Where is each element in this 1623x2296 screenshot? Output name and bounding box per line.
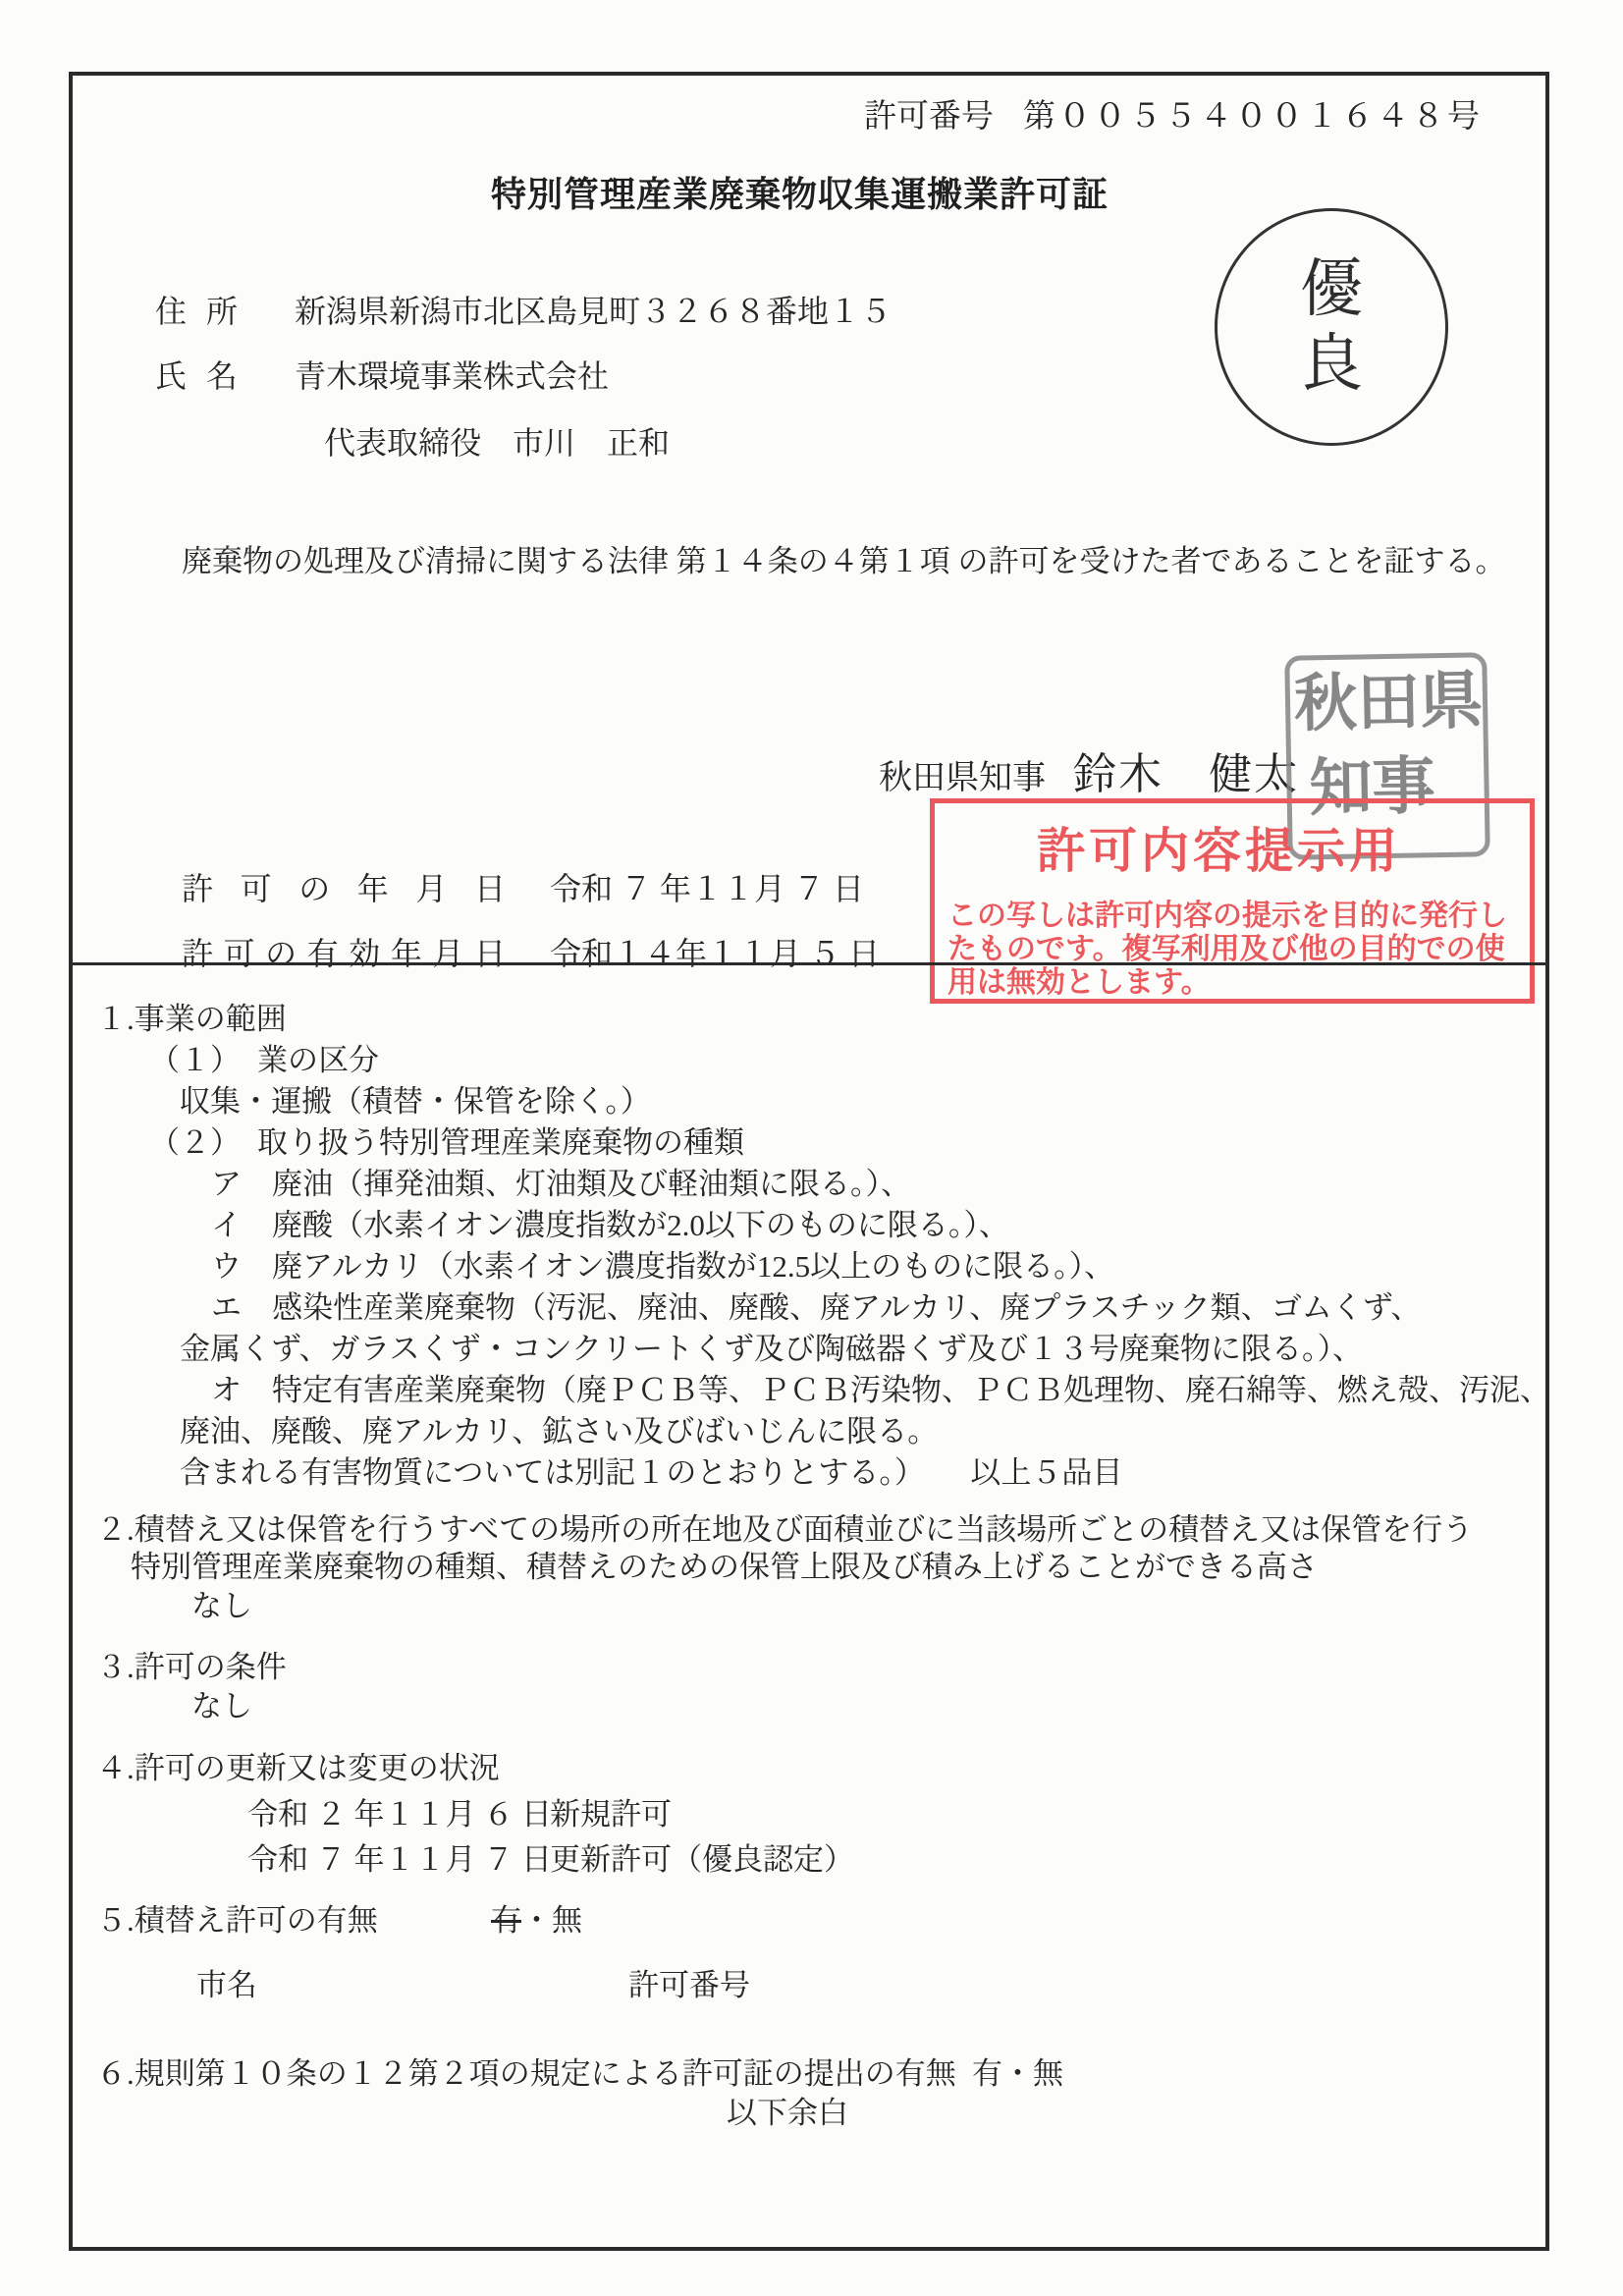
section1-sub1-title: 業の区分 bbox=[257, 1035, 379, 1079]
history-event: 新規許可 bbox=[550, 1789, 672, 1833]
waste-type-item: イ 廃酸（水素イオン濃度指数が2.0以下のものに限る。）、 bbox=[211, 1200, 1009, 1244]
section5-city-column-label: 市名 bbox=[196, 1960, 257, 2004]
issuer-row: 秋田県知事 鈴木 健太 bbox=[879, 738, 1299, 801]
section1-sub1-value: 収集・運搬（積替・保管を除く。） bbox=[180, 1076, 651, 1121]
grant-date-label: 許 可 の 年 月 日 bbox=[182, 864, 506, 909]
section5-yes-no-choice: 有・無 bbox=[491, 1895, 582, 1940]
option-no: 無 bbox=[1033, 2056, 1063, 2091]
excellent-circle-stamp: 優 良 bbox=[1215, 208, 1448, 446]
certification-statement: 廃棄物の処理及び清掃に関する法律 第１４条の４第１項 の許可を受けた者であること… bbox=[182, 536, 1506, 580]
section1-sub2-title: 取り扱う特別管理産業廃棄物の種類 bbox=[257, 1118, 744, 1162]
governor-title: 秋田県知事 bbox=[879, 750, 1046, 798]
valid-date-label: 許 可 の 有 効 年 月 日 bbox=[182, 929, 506, 974]
section1-sub1-number: （１） bbox=[149, 1035, 241, 1079]
waste-type-item: オ 特定有害産業廃棄物（廃ＰＣＢ等、ＰＣＢ汚染物、ＰＣＢ処理物、廃石綿等、燃え殻… bbox=[211, 1365, 1550, 1409]
address-value: 新潟県新潟市北区島見町３２６８番地１５ bbox=[295, 287, 892, 332]
document-title: 特別管理産業廃棄物収集運搬業許可証 bbox=[491, 167, 1100, 217]
permit-number-label: 許可番号 bbox=[864, 90, 994, 137]
governor-seal-row1: 秋田県 bbox=[1289, 657, 1484, 747]
excellent-stamp-char1: 優 bbox=[1300, 252, 1363, 327]
grant-date-value: 令和 ７ 年１１月 ７ 日 bbox=[550, 864, 864, 909]
waste-type-item-continuation: 含まれる有害物質については別記１のとおりとする。） 以上５品目 bbox=[180, 1448, 1122, 1492]
permit-number-value: 第００５５４００１６４８号 bbox=[1023, 90, 1483, 137]
option-yes: 有 bbox=[972, 2056, 1002, 2091]
section5-heading: ５.積替え許可の有無 bbox=[96, 1895, 378, 1940]
waste-type-item: エ 感染性産業廃棄物（汚泥、廃油、廃酸、廃アルカリ、廃プラスチック類、ゴムくず、 bbox=[211, 1283, 1421, 1327]
history-date: 令和 ２ 年１１月 ６ 日 bbox=[247, 1789, 552, 1833]
governor-name: 鈴木 健太 bbox=[1073, 738, 1299, 801]
section6-yes-no-choice: 有・無 bbox=[972, 2049, 1063, 2093]
option-separator: ・ bbox=[521, 1903, 552, 1938]
waste-type-item: ウ 廃アルカリ（水素イオン濃度指数が12.5以上のものに限る。）、 bbox=[211, 1241, 1114, 1285]
excellent-stamp-char2: 良 bbox=[1300, 327, 1363, 402]
option-separator: ・ bbox=[1002, 2056, 1033, 2091]
waste-type-item-continuation: 金属くず、ガラスくず・コンクリートくず及び陶磁器くず及び１３号廃棄物に限る。）、 bbox=[180, 1324, 1363, 1368]
name-label: 氏 名 bbox=[155, 352, 243, 397]
red-stamp-body-text: この写しは許可内容の提示を目的に発行したものです。複写利用及び他の目的での使用は… bbox=[947, 900, 1515, 1000]
red-stamp-heading: 許可内容提示用 bbox=[1037, 813, 1401, 882]
address-label: 住 所 bbox=[155, 287, 243, 332]
valid-date-value: 令和１４年１１月 ５ 日 bbox=[550, 929, 880, 974]
history-date: 令和 ７ 年１１月 ７ 日 bbox=[247, 1834, 552, 1879]
section2-value: なし bbox=[191, 1581, 252, 1625]
section5-permit-number-column-label: 許可番号 bbox=[628, 1960, 750, 2004]
remainder-blank-note: 以下余白 bbox=[727, 2088, 848, 2132]
waste-type-item-continuation: 廃油、廃酸、廃アルカリ、鉱さい及びばいじんに限る。 bbox=[180, 1406, 938, 1450]
permit-document-page: 許可番号 第００５５４００１６４８号 特別管理産業廃棄物収集運搬業許可証 優 良… bbox=[0, 0, 1623, 2296]
section1-sub2-number: （２） bbox=[149, 1118, 241, 1162]
company-name: 青木環境事業株式会社 bbox=[295, 352, 609, 397]
section3-heading: ３.許可の条件 bbox=[96, 1642, 287, 1686]
history-event: 更新許可（優良認定） bbox=[550, 1834, 854, 1879]
section4-heading: ４.許可の更新又は変更の状況 bbox=[96, 1743, 500, 1787]
section1-heading: １.事業の範囲 bbox=[96, 994, 287, 1038]
section2-heading-line2: 特別管理産業廃棄物の種類、積替えのための保管上限及び積み上げることができる高さ bbox=[131, 1542, 1318, 1586]
representative-name: 代表取締役 市川 正和 bbox=[324, 418, 670, 464]
option-no: 無 bbox=[552, 1903, 582, 1938]
permit-number-row: 許可番号 第００５５４００１６４８号 bbox=[864, 90, 1483, 137]
section3-value: なし bbox=[191, 1681, 252, 1725]
waste-type-item: ア 廃油（揮発油類、灯油類及び軽油類に限る。）、 bbox=[211, 1159, 911, 1203]
section6-heading: ６.規則第１０条の１２第２項の規定による許可証の提出の有無 bbox=[96, 2049, 956, 2093]
option-yes-struck: 有 bbox=[491, 1903, 521, 1938]
